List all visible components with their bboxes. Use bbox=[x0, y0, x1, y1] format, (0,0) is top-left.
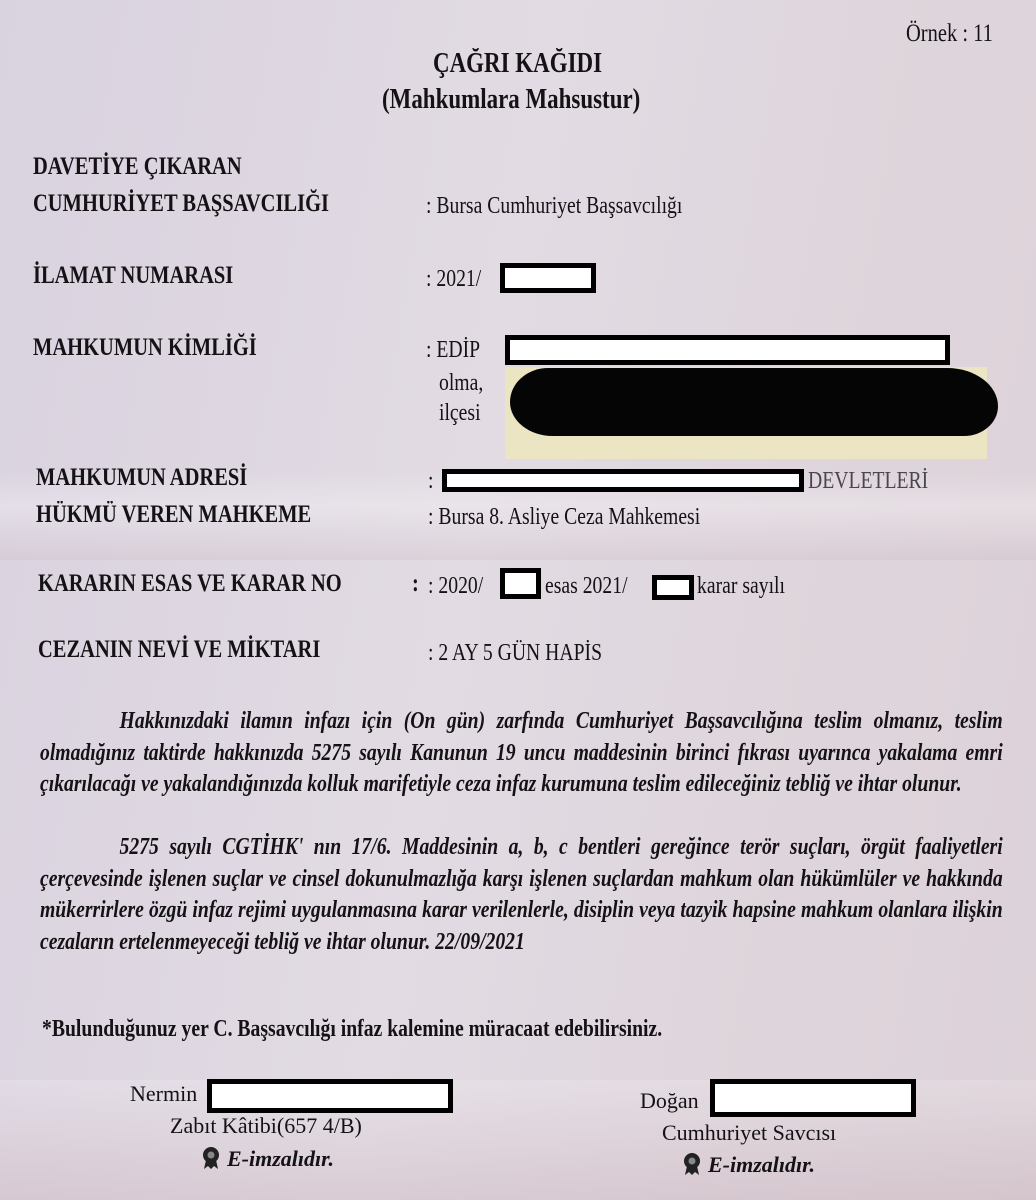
signer-2-title: Cumhuriyet Savcısı bbox=[662, 1120, 836, 1146]
signer-1-name: Nermin bbox=[130, 1081, 197, 1107]
issuer-label-line2: CUMHURİYET BAŞSAVCILIĞI bbox=[33, 190, 394, 218]
issuer-label-line1: DAVETİYE ÇIKARAN bbox=[33, 153, 287, 181]
value-text: : Bursa 8. Asliye Ceza Mahkemesi bbox=[428, 504, 700, 531]
redaction-box bbox=[500, 568, 541, 599]
redaction-blot bbox=[510, 368, 998, 436]
address-prefix: : bbox=[428, 468, 435, 495]
notice-paragraph-2: 5275 sayılı CGTİHK' nın 17/6. Maddesinin… bbox=[40, 832, 1003, 958]
ilamat-value: : 2021/ bbox=[426, 266, 493, 293]
identity-line3: ilçesi bbox=[439, 400, 490, 427]
address-label: MAHKUMUN ADRESİ bbox=[36, 464, 294, 492]
sentence-label: CEZANIN NEVİ VE MİKTARI bbox=[38, 636, 382, 664]
label-text: CEZANIN NEVİ VE MİKTARI bbox=[38, 636, 320, 664]
subtitle-text: (Mahkumlara Mahsustur) bbox=[382, 84, 640, 116]
label-text: DAVETİYE ÇIKARAN bbox=[33, 153, 242, 181]
note: *Bulunduğunuz yer C. Başsavcılığı infaz … bbox=[42, 1016, 798, 1043]
value-text: : Bursa Cumhuriyet Başsavcılığı bbox=[426, 193, 682, 220]
title-text: ÇAĞRI KAĞIDI bbox=[433, 48, 602, 80]
label-text: MAHKUMUN ADRESİ bbox=[36, 464, 247, 492]
value-text: DEVLETLERİ bbox=[808, 468, 928, 495]
label-text: İLAMAT NUMARASI bbox=[33, 262, 233, 290]
identity-label: MAHKUMUN KİMLİĞİ bbox=[33, 334, 306, 362]
label-text: HÜKMÜ VEREN MAHKEME bbox=[36, 501, 311, 529]
decision-label: KARARIN ESAS VE KARAR NO : bbox=[38, 570, 421, 598]
value-text: esas 2021/ bbox=[545, 573, 628, 600]
seal-icon bbox=[201, 1146, 221, 1170]
seal-icon bbox=[682, 1152, 702, 1176]
value-text: olma, bbox=[439, 370, 483, 397]
value-text: : 2 AY 5 GÜN HAPİS bbox=[428, 640, 602, 667]
issuer-value: : Bursa Cumhuriyet Başsavcılığı bbox=[426, 193, 739, 220]
esign-text: E-imzalıdır. bbox=[708, 1152, 815, 1177]
label-text: MAHKUMUN KİMLİĞİ bbox=[33, 334, 257, 362]
document-title: ÇAĞRI KAĞIDI bbox=[433, 48, 639, 80]
sentence-value: : 2 AY 5 GÜN HAPİS bbox=[428, 640, 640, 667]
redaction-box bbox=[207, 1079, 453, 1113]
address-suffix: DEVLETLERİ bbox=[808, 468, 955, 495]
label-text: CUMHURİYET BAŞSAVCILIĞI bbox=[33, 190, 329, 218]
redaction-box bbox=[710, 1079, 916, 1117]
note-text: *Bulunduğunuz yer C. Başsavcılığı infaz … bbox=[42, 1016, 662, 1043]
signer-2-name: Doğan bbox=[640, 1088, 699, 1114]
form-number: Örnek : 11 bbox=[906, 20, 1012, 48]
value-text: : 2020/ bbox=[428, 573, 483, 600]
redaction-box bbox=[500, 263, 596, 293]
redaction-box bbox=[442, 469, 804, 492]
value-text: ilçesi bbox=[439, 400, 481, 427]
decision-part1: : 2020/ bbox=[428, 573, 495, 600]
document-subtitle: (Mahkumlara Mahsustur) bbox=[382, 84, 697, 116]
redaction-box bbox=[505, 335, 950, 365]
value-text: : 2021/ bbox=[426, 266, 481, 293]
value-text: karar sayılı bbox=[697, 573, 785, 600]
court-value: : Bursa 8. Asliye Ceza Mahkemesi bbox=[428, 504, 760, 531]
value-text: : EDİP bbox=[426, 337, 480, 364]
court-label: HÜKMÜ VEREN MAHKEME bbox=[36, 501, 372, 529]
esign-text: E-imzalıdır. bbox=[227, 1146, 334, 1171]
value-text: : bbox=[428, 468, 433, 495]
ilamat-label: İLAMAT NUMARASI bbox=[33, 262, 277, 290]
identity-line2: olma, bbox=[439, 370, 493, 397]
decision-part2: esas 2021/ bbox=[545, 573, 646, 600]
signer-1-esign: E-imzalıdır. bbox=[201, 1146, 334, 1172]
form-number-text: Örnek : 11 bbox=[906, 20, 993, 48]
notice-paragraph-1: Hakkınızdaki ilamın infazı için (On gün)… bbox=[40, 706, 1003, 801]
signer-1-title: Zabıt Kâtibi(657 4/B) bbox=[170, 1113, 362, 1139]
redaction-box bbox=[652, 575, 694, 600]
signer-2-esign: E-imzalıdır. bbox=[682, 1152, 815, 1178]
label-text: KARARIN ESAS VE KARAR NO bbox=[38, 570, 342, 598]
decision-part3: karar sayılı bbox=[697, 573, 804, 600]
colon: : bbox=[412, 570, 419, 598]
identity-value: : EDİP bbox=[426, 337, 492, 364]
